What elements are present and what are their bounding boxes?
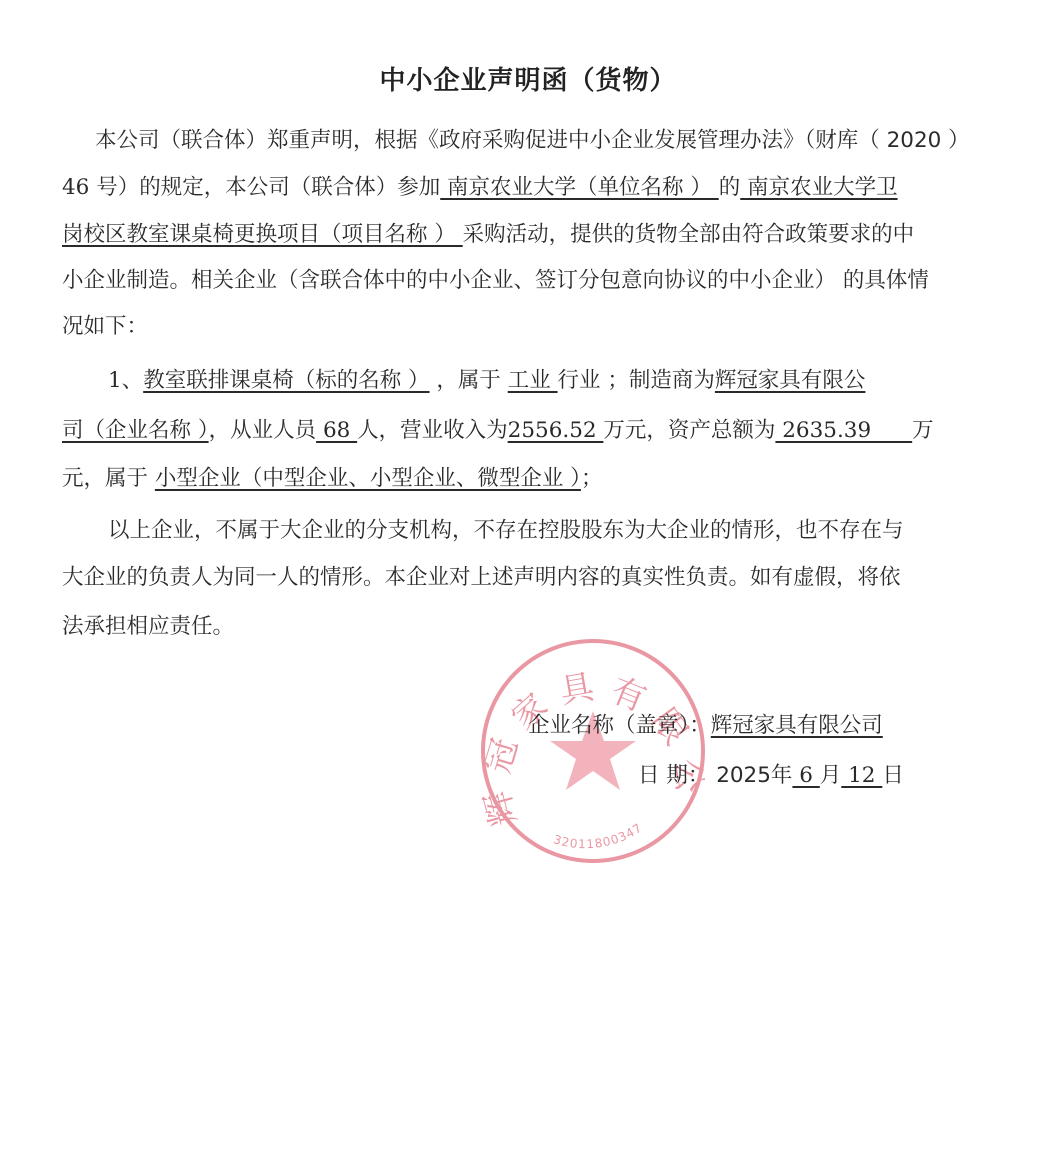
revenue-field: 2556.52 [508, 418, 604, 443]
signature-company-name: 辉冠家具有限公司 [711, 713, 883, 738]
signature-date-row: 日 期： 2025年 6 月 12 日 [638, 758, 904, 789]
document-page: 中小企业声明函（货物） 本公司（联合体）郑重声明，根据《政府采购促进中小企业发展… [0, 0, 1055, 1151]
svg-text:32011800347: 32011800347 [552, 820, 645, 851]
manufacturer-field-cont: 司（企业名称 ） [62, 418, 209, 443]
project-name-field: 南京农业大学卫 [740, 175, 897, 200]
paragraph1-line4: 小企业制造。相关企业（含联合体中的中小企业、签订分包意向协议的中小企业） 的具体… [62, 266, 929, 296]
document-title: 中小企业声明函（货物） [0, 60, 1055, 97]
item1-line2: 司（企业名称 ），从业人员 68 人，营业收入为2556.52 万元，资产总额为… [62, 416, 934, 446]
paragraph1-line3: 岗校区教室课桌椅更换项目（项目名称 ） 采购活动，提供的货物全部由符合政策要求的… [62, 220, 914, 250]
signature-company-row: 企业名称（盖章）：辉冠家具有限公司 [528, 708, 883, 739]
paragraph3-line2: 大企业的负责人为同一人的情形。本企业对上述声明内容的真实性负责。如有虚假，将依 [62, 563, 901, 593]
manufacturer-field: 辉冠家具有限公 [715, 368, 866, 393]
project-name-field-cont: 岗校区教室课桌椅更换项目（项目名称 ） [62, 222, 463, 247]
industry-field: 工业 [508, 368, 558, 393]
paragraph3-line3: 法承担相应责任。 [62, 612, 234, 642]
employees-field: 68 [316, 418, 357, 443]
item1-line1: 1、教室联排课桌椅（标的名称 ） ，属于 工业 行业 ；制造商为辉冠家具有限公 [108, 366, 865, 396]
goods-name-field: 教室联排课桌椅（标的名称 ） [143, 368, 429, 393]
unit-name-field: 南京农业大学（单位名称 ） [440, 175, 719, 200]
date-day: 12 [841, 763, 882, 788]
paragraph1-line1: 本公司（联合体）郑重声明，根据《政府采购促进中小企业发展管理办法》（财库（ 20… [95, 126, 970, 156]
enterprise-type-field: 小型企业（中型企业、小型企业、微型企业 ） [155, 466, 581, 491]
item1-line3: 元，属于 小型企业（中型企业、小型企业、微型企业 ）； [62, 464, 602, 494]
date-month: 6 [792, 763, 819, 788]
paragraph1-line5: 况如下： [62, 312, 148, 342]
assets-field: 2635.39 [775, 418, 912, 443]
company-seal-stamp: 辉冠家具有限公司 32011800347 [478, 636, 708, 866]
paragraph1-line2: 46 号）的规定，本公司（联合体）参加 南京农业大学（单位名称 ） 的 南京农业… [62, 173, 898, 203]
paragraph3-line1: 以上企业，不属于大企业的分支机构，不存在控股股东为大企业的情形，也不存在与 [108, 516, 904, 546]
